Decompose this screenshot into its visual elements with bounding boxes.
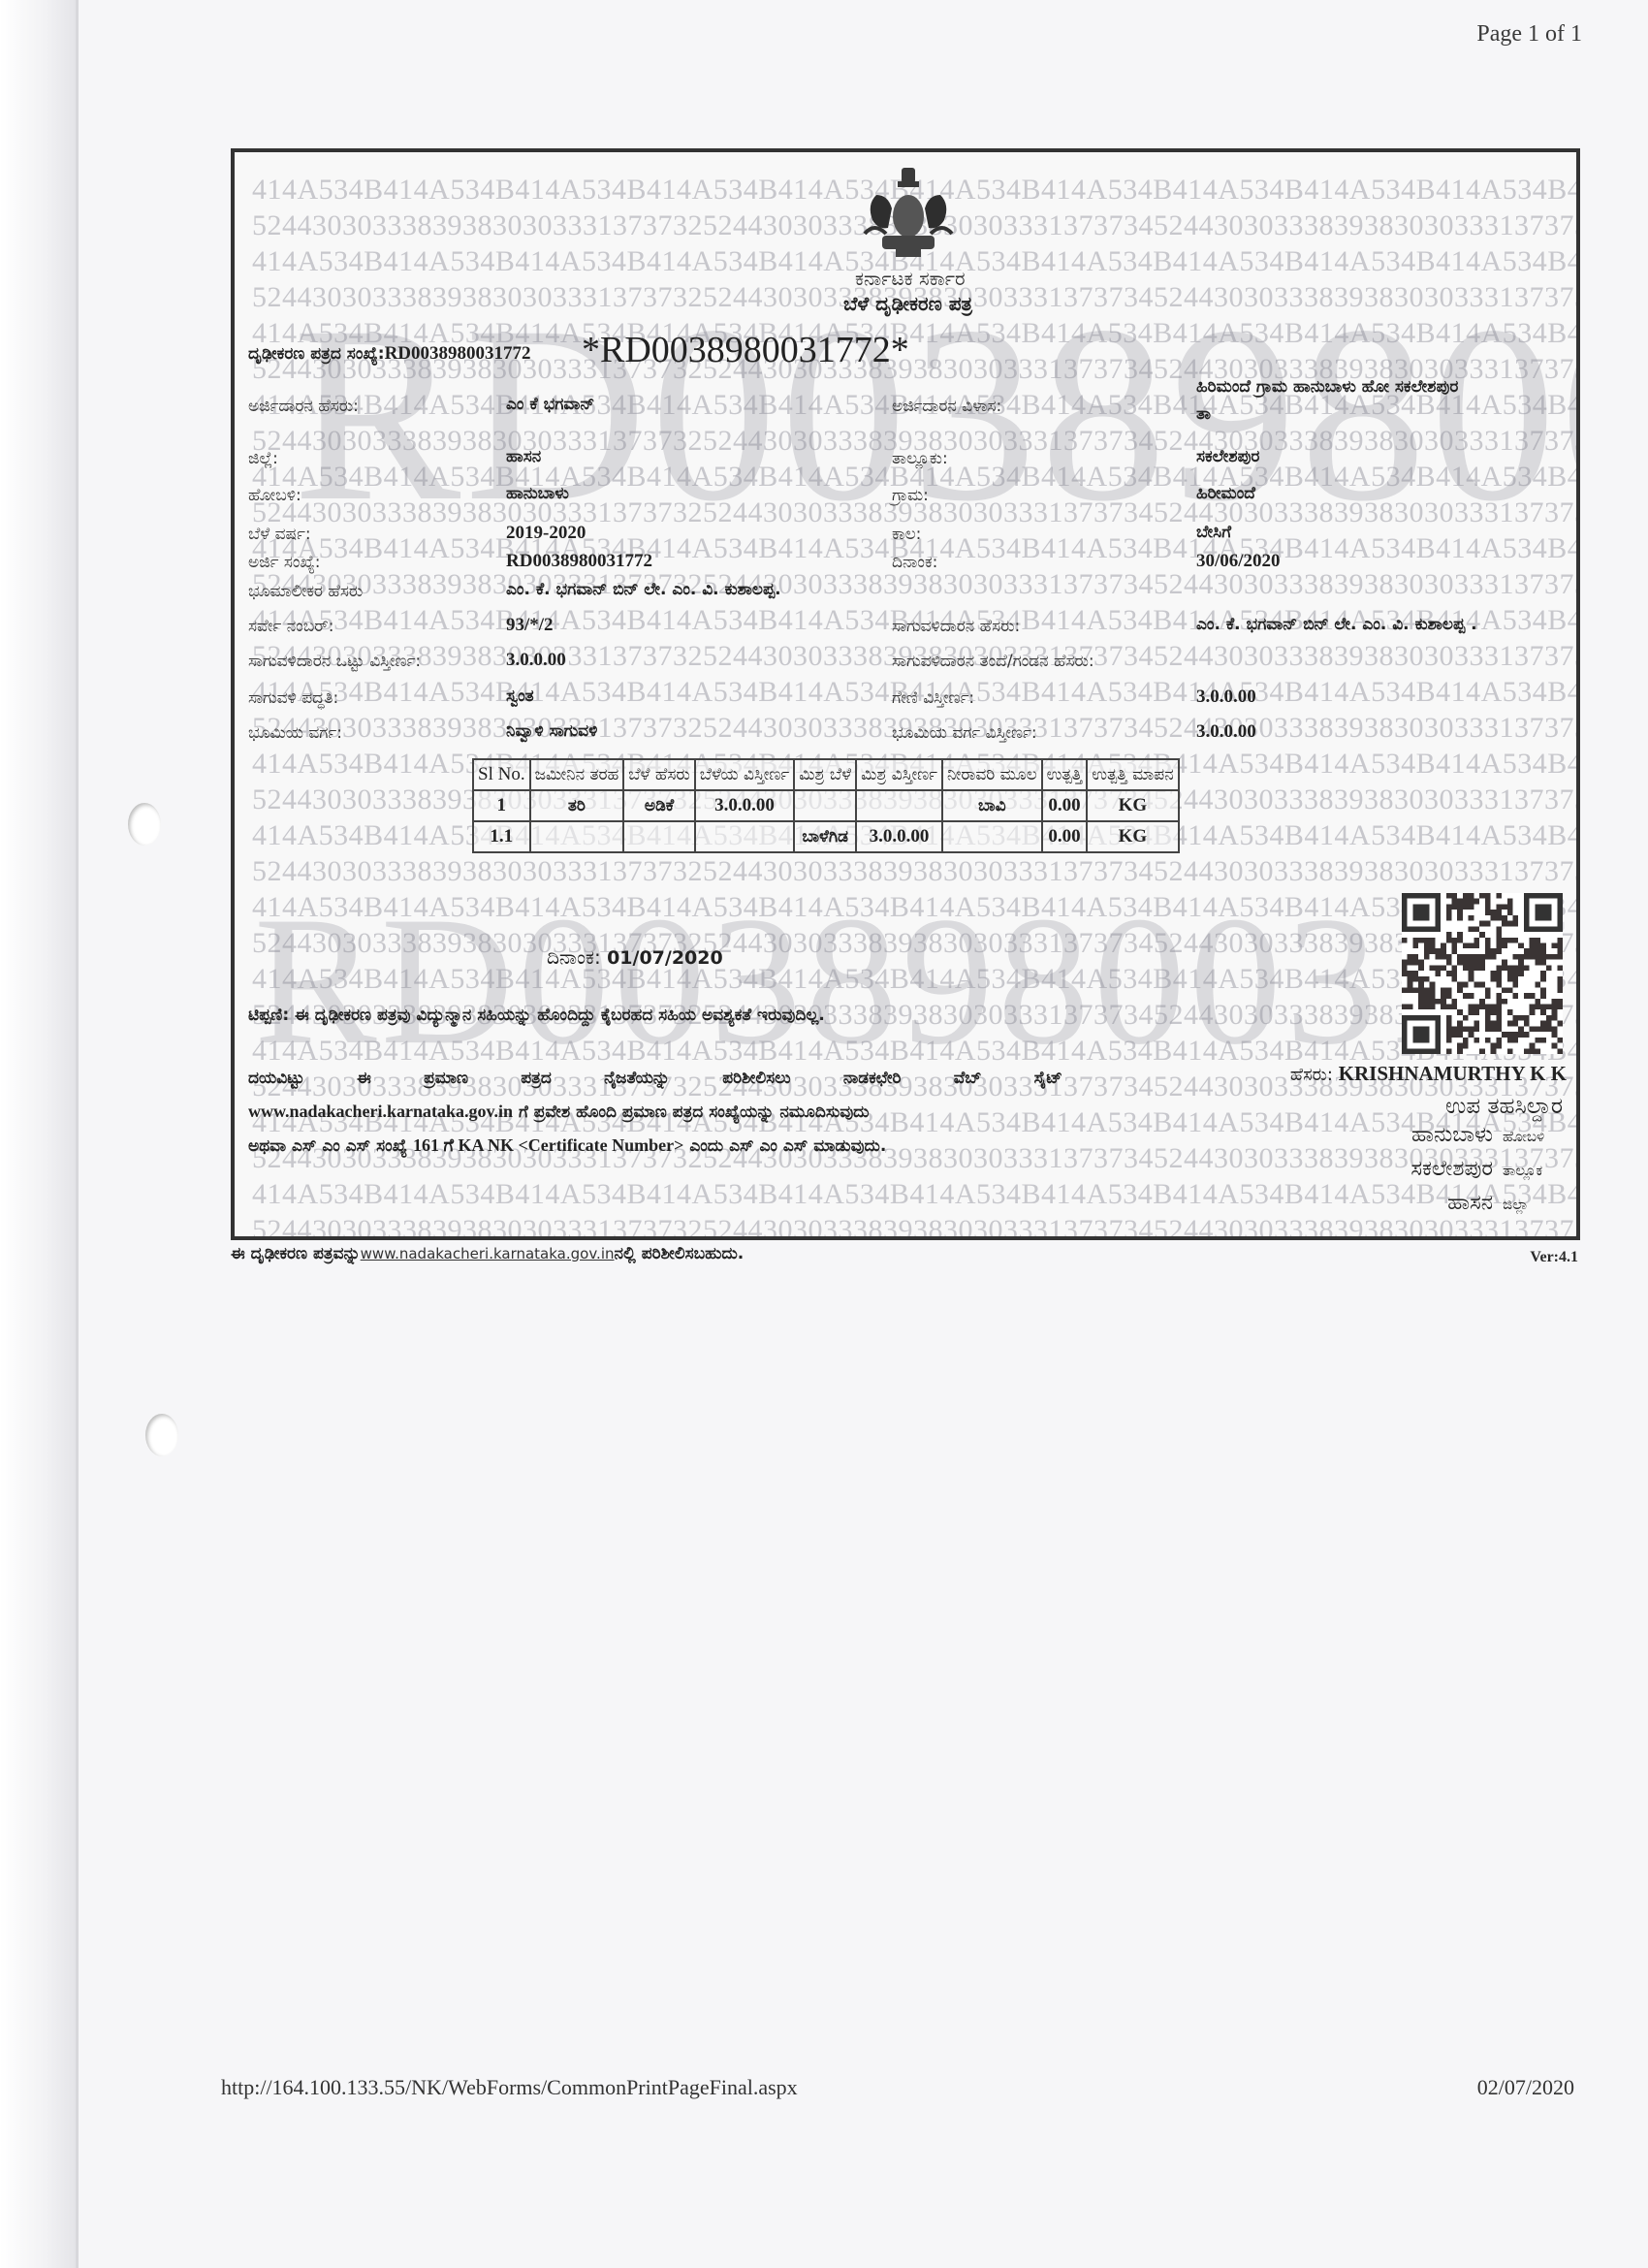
verification-instructions: ದಯವಿಟ್ಟುಈಪ್ರಮಾಣಪತ್ರದನೈಜತೆಯನ್ನುಪರಿಶೀಲಿಸಲು… [248,1062,1062,1163]
taluk-name: ಸಕಲೇಶಪುರ [1410,1157,1493,1181]
footer-verification-note: ಈ ದೃಢೀಕರಣ ಪತ್ರವನ್ನುwww.nadakacheri.karna… [231,1244,744,1263]
footer-text: ಈ ದೃಢೀಕರಣ ಪತ್ರವನ್ನು [231,1244,361,1263]
cultivator-name-label: ಸಾಗುವಳಿದಾರನ ಹೆಸರು: [892,617,1020,636]
table-row: 1 ತರಿ ಅಡಿಕೆ 3.0.0.00 ಬಾವಿ 0.00 KG [473,790,1179,821]
certificate-title: ಬೆಳೆ ದೃಢೀಕರಣ ಪತ್ರ [843,292,972,315]
application-number-label: ಅರ್ಜಿ ಸಂಖ್ಯೆ: [248,553,321,572]
applicant-address-value-line2: ತಾ [1196,404,1211,424]
table-cell: KG [1087,790,1178,821]
survey-number-value: 93/*/2 [506,615,554,636]
qr-code-icon [1402,893,1563,1054]
date-label: ದಿನಾಂಕ: [892,553,937,572]
punch-hole [128,803,161,846]
table-cell: 0.00 [1042,790,1088,821]
column-header: ಉತ್ಪತ್ತಿ [1042,759,1088,790]
taluk-suffix: ತಾಲ್ಲೂಕ [1503,1154,1567,1187]
paper-edge [76,0,79,2268]
verification-word: ನಾಡಕಛೇರಿ [843,1062,902,1095]
table-cell [942,821,1042,852]
verification-line-3: ಅಥವಾ ಎಸ್ ಎಂ ಎಸ್ ಸಂಖ್ಯೆ 161 ಗೆ KA NK <Cer… [248,1129,1062,1163]
table-cell: 3.0.0.00 [695,790,794,821]
certificate-number: ದೃಢೀಕರಣ ಪತ್ರದ ಸಂಖ್ಯೆ:RD0038980031772 [248,343,531,365]
officer-name-value: KRISHNAMURTHY K K [1339,1062,1567,1085]
column-header: ಜಮೀನಿನ ತರಹ [530,759,624,790]
officer-hobli: ಹಾನುಬಾಳುಹೋಬಳಿ [1290,1119,1567,1153]
verification-word: ಪ್ರಮಾಣ [424,1062,468,1095]
certificate-number-label: ದೃಢೀಕರಣ ಪತ್ರದ ಸಂಖ್ಯೆ: [248,344,385,364]
season-value: ಬೇಸಿಗೆ [1196,523,1231,542]
table-cell [794,790,856,821]
verification-text: ಅಥವಾ ಎಸ್ ಎಂ ಎಸ್ ಸಂಖ್ಯೆ [248,1136,413,1156]
cultivator-father-name-label: ಸಾಗುವಳಿದಾರನ ತಂದೆ/ಗಂಡನ ಹೆಸರು: [892,652,1094,671]
verification-line-1: ದಯವಿಟ್ಟುಈಪ್ರಮಾಣಪತ್ರದನೈಜತೆಯನ್ನುಪರಿಶೀಲಿಸಲು… [248,1062,1062,1095]
applicant-address-label: ಅರ್ಜಿದಾರನ ವಿಳಾಸ: [892,397,1001,416]
verification-word: ಪರಿಶೀಲಿಸಲು [722,1062,790,1095]
issue-date-value: 01/07/2020 [607,947,723,969]
landowner-name-value: ಎಂ. ಕೆ. ಭಗವಾನ್ ಬಿನ್ ಲೇ. ಎಂ. ವಿ. ಕುಶಾಲಪ್ಪ… [506,580,781,599]
taluk-value: ಸಕಲೇಶಪುರ [1196,447,1259,466]
table-row: 1.1 ಬಾಳೆಗಿಡ 3.0.0.00 0.00 KG [473,821,1179,852]
signing-officer: ಹೆಸರು: KRISHNAMURTHY K K ಉಪ ತಹಸಿಲ್ದಾರ ಹಾ… [1290,1062,1567,1221]
table-cell: ಬಾಳೆಗಿಡ [794,821,856,852]
table-cell [623,821,695,852]
cultivation-method-value: ಸ್ವಂತ [506,687,534,706]
officer-designation: ಉಪ ತಹಸಿಲ್ದಾರ [1290,1094,1563,1119]
district-name: ಹಾಸನ [1447,1191,1493,1215]
karnataka-emblem-icon [855,166,962,263]
season-label: ಕಾಲ: [892,525,921,544]
verification-word: ವೆಬ್ [954,1062,982,1095]
verification-word: ಸೈಟ್ [1034,1062,1062,1095]
landowner-name-label: ಭೂಮಾಲೀಕರ ಹೆಸರು [248,582,363,601]
officer-taluk: ಸಕಲೇಶಪುರತಾಲ್ಲೂಕ [1290,1153,1567,1187]
column-header: ಮಿಶ್ರ ಬೆಳೆ [794,759,856,790]
cultivator-total-area-value: 3.0.0.00 [506,650,566,671]
officer-name-label: ಹೆಸರು: [1290,1065,1333,1085]
land-class-label: ಭೂಮಿಯ ವರ್ಗ: [248,723,342,743]
district-label: ಜಿಲ್ಲೆ: [248,449,278,468]
punch-hole [145,1414,178,1456]
hobli-label: ಹೋಬಳಿ: [248,486,301,505]
officer-district: ಹಾಸನಜಿಲ್ಲಾ [1290,1187,1567,1221]
hobli-name: ಹಾನುಬಾಳು [1411,1123,1493,1147]
village-label: ಗ್ರಾಮ: [892,486,929,505]
table-cell: 0.00 [1042,821,1088,852]
table-cell: ಬಾವಿ [942,790,1042,821]
column-header: Sl No. [473,759,530,790]
table-cell: ಅಡಿಕೆ [623,790,695,821]
table-cell [856,790,942,821]
barcode-text: *RD0038980031772* [582,329,909,371]
cultivation-method-label: ಸಾಗುವಳಿ ಪದ್ಧತಿ: [248,688,338,708]
footer-text: ನಲ್ಲಿ ಪರಿಶೀಲಿಸಬಹುದು. [615,1244,745,1263]
applicant-name-value: ಎಂ ಕೆ ಭಗವಾನ್ [506,395,594,414]
district-suffix: ಜಿಲ್ಲಾ [1503,1188,1567,1221]
column-header: ನೀರಾವರಿ ಮೂಲ [942,759,1042,790]
big-watermark: RD0038980031772 [254,889,1580,1073]
verification-text: ಗೆ ಪ್ರವೇಶ ಹೊಂದಿ ಪ್ರಮಾಣ ಪತ್ರದ ಸಂಖ್ಯೆಯನ್ನು… [513,1102,870,1122]
district-value: ಹಾಸನ [506,447,541,466]
table-cell [695,821,794,852]
cultivator-total-area-label: ಸಾಗುವಳಿದಾರನ ಒಟ್ಟು ವಿಸ್ತೀರ್ಣ: [248,652,421,671]
officer-name: ಹೆಸರು: KRISHNAMURTHY K K [1290,1062,1567,1086]
verification-text: ಎಂದು ಎಸ್ ಎಂ ಎಸ್ ಮಾಡುವುದು. [683,1136,886,1156]
cultivator-name-value: ಎಂ. ಕೆ. ಭಗವಾನ್ ಬಿನ್ ಲೇ. ಎಂ. ವಿ. ಕುಶಾಲಪ್ಪ… [1196,615,1477,634]
column-header: ಬೆಳೆ ಹೆಸರು [623,759,695,790]
verification-website-link[interactable]: www.nadakacheri.karnataka.gov.in [248,1102,513,1121]
verification-word: ನೈಜತೆಯನ್ನು [604,1062,670,1095]
lease-area-label: ಗೇಣಿ ವಿಸ್ತೀರ್ಣ: [892,688,974,708]
hobli-value: ಹಾನುಬಾಳು [506,484,569,503]
lease-area-value: 3.0.0.00 [1196,687,1256,708]
issue-date: ದಿನಾಂಕ: 01/07/2020 [547,945,723,969]
verification-word: ದಯವಿಟ್ಟು [248,1062,304,1095]
column-header: ಉತ್ಪತ್ತಿ ಮಾಪನ [1087,759,1178,790]
hobli-suffix: ಹೋಬಳಿ [1503,1120,1567,1153]
table-cell: KG [1087,821,1178,852]
sms-instruction: 161 ಗೆ KA NK <Certificate Number> [413,1135,683,1155]
table-header-row: Sl No. ಜಮೀನಿನ ತರಹ ಬೆಳೆ ಹೆಸರು ಬೆಳೆಯ ವಿಸ್ತ… [473,759,1179,790]
version-label: Ver:4.1 [1530,1249,1578,1266]
taluk-label: ತಾಲ್ಲೂಕು: [892,449,948,468]
certificate-number-value: RD0038980031772 [385,343,531,364]
column-header: ಬೆಳೆಯ ವಿಸ್ತೀರ್ಣ [695,759,794,790]
land-class-value: ನಿವ್ವಾಳಿ ಸಾಗುವಳಿ [506,721,597,741]
land-class-area-label: ಭೂಮಿಯ ವರ್ಗ ವಿಸ್ತೀರ್ಣ: [892,723,1037,743]
date-value: 30/06/2020 [1196,551,1281,572]
nadakacheri-link[interactable]: www.nadakacheri.karnataka.gov.in [361,1245,615,1262]
table-cell: 3.0.0.00 [856,821,942,852]
village-value: ಹಿರೀಮಂದೆ [1196,484,1255,503]
digital-signature-note: ಟಿಪ್ಪಣಿ: ಈ ದೃಢೀಕರಣ ಪತ್ರವು ವಿದ್ಯುನ್ಮಾನ ಸಹ… [248,1006,825,1025]
page-indicator: Page 1 of 1 [1476,21,1582,48]
table-cell: 1.1 [473,821,530,852]
applicant-address-value: ಹಿರಿಮಂದೆ ಗ್ರಾಮ ಹಾನುಬಾಳು ಹೋ ಸಕಲೇಶಪುರ [1196,377,1458,397]
table-cell [530,821,624,852]
verification-word: ಈ [357,1062,371,1095]
survey-number-label: ಸರ್ವೇ ನಂಬರ್: [248,617,333,636]
verification-line-2: www.nadakacheri.karnataka.gov.in ಗೆ ಪ್ರವ… [248,1095,1062,1129]
scan-left-margin [0,0,76,2268]
table-cell: ತರಿ [530,790,624,821]
land-class-area-value: 3.0.0.00 [1196,721,1256,743]
column-header: ಮಿಶ್ರ ವಿಸ್ತೀರ್ಣ [856,759,942,790]
applicant-name-label: ಅರ್ಜಿದಾರನ ಹೆಸರು: [248,397,359,416]
verification-word: ಪತ್ರದ [521,1062,552,1095]
crop-certificate: 414A534B414A534B414A534B414A534B414A534B… [231,148,1580,1240]
table-cell: 1 [473,790,530,821]
application-number-value: RD0038980031772 [506,551,652,572]
government-name: ಕರ್ನಾಟಕ ಸರ್ಕಾರ [855,267,966,290]
crop-year-value: 2019-2020 [506,523,586,544]
print-date: 02/07/2020 [1477,2075,1574,2100]
crop-year-label: ಬೆಳೆ ವರ್ಷ: [248,525,311,544]
issue-date-label: ದಿನಾಂಕ: [547,945,601,969]
crop-details-table: Sl No. ಜಮೀನಿನ ತರಹ ಬೆಳೆ ಹೆಸರು ಬೆಳೆಯ ವಿಸ್ತ… [472,758,1180,853]
print-url: http://164.100.133.55/NK/WebForms/Common… [221,2075,798,2100]
